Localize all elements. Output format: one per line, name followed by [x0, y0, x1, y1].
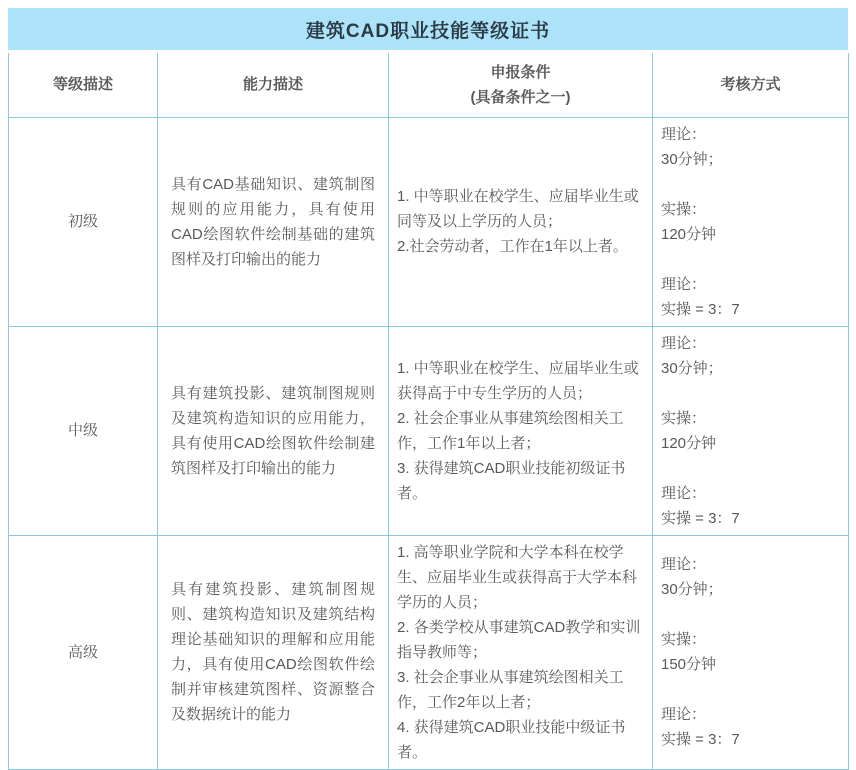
assessment-line: 30分钟； — [661, 147, 840, 172]
conditions-cell: 1. 中等职业在校学生、应届毕业生或同等及以上学历的人员；2.社会劳动者，工作在… — [389, 117, 653, 326]
assessment-cell: 理论：30分钟；实操：120分钟理论：实操 = 3：7 — [653, 326, 849, 535]
assessment-group: 理论：实操 = 3：7 — [661, 481, 840, 531]
condition-item: 2. 社会企事业从事建筑绘图相关工作，工作1年以上者； — [397, 406, 646, 456]
assessment-line: 实操 = 3：7 — [661, 297, 840, 322]
assessment-group: 理论：实操 = 3：7 — [661, 272, 840, 322]
col-header-conditions-line2: (具备条件之一) — [390, 85, 651, 110]
condition-item: 1. 高等职业学院和大学本科在校学生、应届毕业生或获得高于大学本科学历的人员； — [397, 540, 646, 615]
assessment-line: 150分钟 — [661, 652, 840, 677]
col-header-assessment: 考核方式 — [653, 53, 849, 117]
level-cell: 初级 — [9, 117, 158, 326]
ability-cell: 具有CAD基础知识、建筑制图规则的应用能力，具有使用CAD绘图软件绘制基础的建筑… — [158, 117, 389, 326]
condition-item: 1. 中等职业在校学生、应届毕业生或同等及以上学历的人员； — [397, 184, 646, 234]
assessment-line: 实操 = 3：7 — [661, 506, 840, 531]
header-row: 等级描述 能力描述 申报条件 (具备条件之一) 考核方式 — [9, 53, 849, 117]
condition-item: 1. 中等职业在校学生、应届毕业生或获得高于中专生学历的人员； — [397, 356, 646, 406]
col-header-ability: 能力描述 — [158, 53, 389, 117]
col-header-level: 等级描述 — [9, 53, 158, 117]
assessment-line: 实操： — [661, 197, 840, 222]
ability-cell: 具有建筑投影、建筑制图规则、建筑构造知识及建筑结构理论基础知识的理解和应用能力，… — [158, 535, 389, 769]
assessment-line: 理论： — [661, 552, 840, 577]
assessment-line: 实操： — [661, 627, 840, 652]
condition-item: 3. 社会企事业从事建筑绘图相关工作，工作2年以上者； — [397, 665, 646, 715]
col-header-conditions: 申报条件 (具备条件之一) — [389, 53, 653, 117]
table-row: 高级具有建筑投影、建筑制图规则、建筑构造知识及建筑结构理论基础知识的理解和应用能… — [9, 535, 849, 769]
level-cell: 中级 — [9, 326, 158, 535]
assessment-line: 理论： — [661, 481, 840, 506]
assessment-group: 实操：150分钟 — [661, 627, 840, 677]
assessment-line: 理论： — [661, 122, 840, 147]
assessment-group: 理论：30分钟； — [661, 331, 840, 381]
assessment-group: 实操：120分钟 — [661, 406, 840, 456]
assessment-cell: 理论：30分钟；实操：120分钟理论：实操 = 3：7 — [653, 117, 849, 326]
assessment-line: 30分钟； — [661, 577, 840, 602]
assessment-cell: 理论：30分钟；实操：150分钟理论：实操 = 3：7 — [653, 535, 849, 769]
assessment-group: 理论：实操 = 3：7 — [661, 702, 840, 752]
condition-item: 4. 获得建筑CAD职业技能中级证书者。 — [397, 715, 646, 765]
level-cell: 高级 — [9, 535, 158, 769]
assessment-line: 理论： — [661, 702, 840, 727]
condition-item: 2. 各类学校从事建筑CAD教学和实训指导教师等； — [397, 615, 646, 665]
ability-cell: 具有建筑投影、建筑制图规则及建筑构造知识的应用能力，具有使用CAD绘图软件绘制建… — [158, 326, 389, 535]
assessment-line: 实操： — [661, 406, 840, 431]
assessment-line: 30分钟； — [661, 356, 840, 381]
table-row: 中级具有建筑投影、建筑制图规则及建筑构造知识的应用能力，具有使用CAD绘图软件绘… — [9, 326, 849, 535]
assessment-group: 理论：30分钟； — [661, 552, 840, 602]
assessment-group: 实操：120分钟 — [661, 197, 840, 247]
assessment-group: 理论：30分钟； — [661, 122, 840, 172]
page: 建筑CAD职业技能等级证书 等级描述 能力描述 申报条件 (具备条件之一) 考核… — [8, 8, 848, 770]
table-row: 初级具有CAD基础知识、建筑制图规则的应用能力，具有使用CAD绘图软件绘制基础的… — [9, 117, 849, 326]
condition-item: 2.社会劳动者，工作在1年以上者。 — [397, 234, 646, 259]
assessment-line: 理论： — [661, 272, 840, 297]
table-title: 建筑CAD职业技能等级证书 — [8, 8, 848, 50]
assessment-line: 120分钟 — [661, 431, 840, 456]
col-header-conditions-line1: 申报条件 — [390, 60, 651, 85]
conditions-cell: 1. 高等职业学院和大学本科在校学生、应届毕业生或获得高于大学本科学历的人员；2… — [389, 535, 653, 769]
certificate-table: 等级描述 能力描述 申报条件 (具备条件之一) 考核方式 初级具有CAD基础知识… — [8, 53, 849, 770]
assessment-line: 理论： — [661, 331, 840, 356]
assessment-line: 实操 = 3：7 — [661, 727, 840, 752]
assessment-line: 120分钟 — [661, 222, 840, 247]
conditions-cell: 1. 中等职业在校学生、应届毕业生或获得高于中专生学历的人员；2. 社会企事业从… — [389, 326, 653, 535]
condition-item: 3. 获得建筑CAD职业技能初级证书者。 — [397, 456, 646, 506]
